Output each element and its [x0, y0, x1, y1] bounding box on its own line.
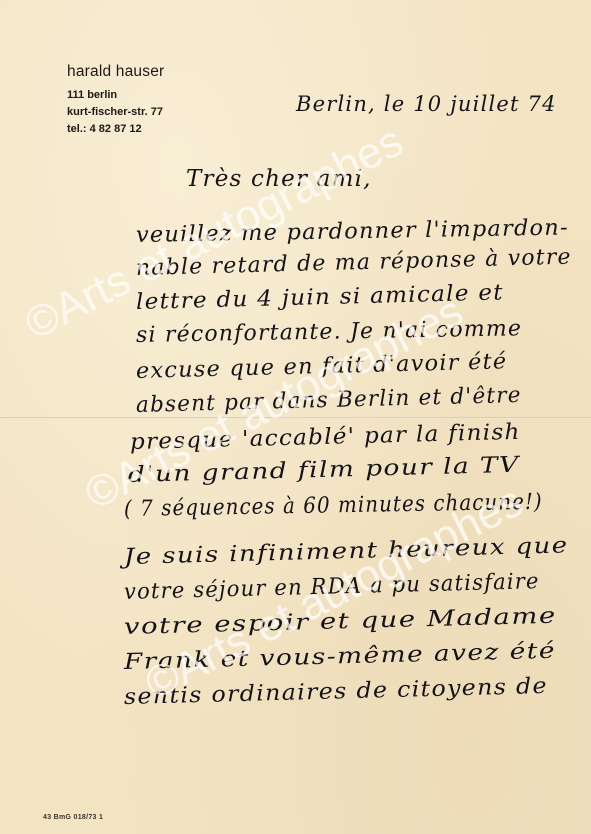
letterhead-city: 111 berlin [67, 87, 164, 104]
letterhead-phone: tel.: 4 82 87 12 [67, 121, 164, 138]
paper-fold-line [0, 417, 591, 419]
salutation: Très cher ami, [186, 166, 372, 192]
place-date: Berlin, le 10 juillet 74 [296, 92, 557, 116]
letterhead-street: kurt-fischer-str. 77 [67, 104, 164, 121]
letterhead: harald hauser 111 berlin kurt-fischer-st… [67, 63, 164, 138]
print-code: 43 BmG 018/73 1 [43, 814, 103, 821]
letterhead-name: harald hauser [67, 63, 164, 81]
